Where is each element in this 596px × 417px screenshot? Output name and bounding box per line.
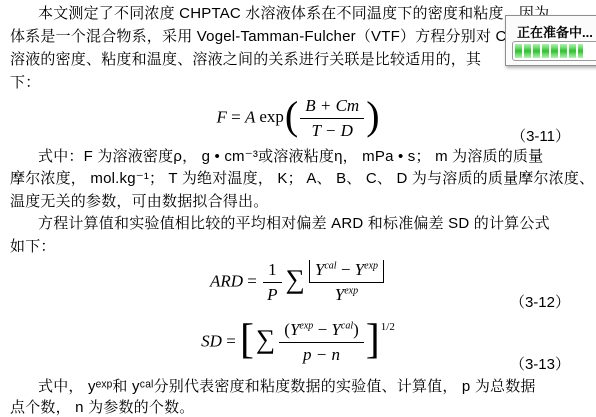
equation-sd: SD = [∑(Yexp − Ycal)p − n]1/2	[0, 320, 596, 365]
eq3-numerator: (Yexp − Ycal)	[279, 320, 363, 343]
progress-bar	[512, 41, 596, 61]
eq1-left-paren: (	[285, 93, 298, 138]
eq2-den-y: Y	[335, 285, 344, 304]
document-page: 本文测定了不同浓度 CHPTAC 水溶液体系在不同温度下的密度和粘度，因为 体系…	[0, 0, 596, 417]
eq3-power: 1/2	[381, 321, 395, 333]
preparing-progress-dialog: 正在准备中...	[505, 15, 596, 66]
eq2-num-y1: Y	[315, 260, 324, 279]
paragraph-line: 式中：F 为溶液密度ρ， g • cm⁻³或溶液粘度η， mPa • s； m …	[38, 147, 543, 166]
eq1-lhs: F	[216, 107, 226, 126]
eq1-func: exp	[259, 107, 284, 126]
eq3-num-y1: Y	[290, 320, 299, 339]
paragraph-line: 点个数， n 为参数的个数。	[10, 398, 194, 417]
eq2-numerator: Ycal − Yexp	[309, 260, 384, 283]
eq2-coefficient-fraction: 1P	[263, 260, 282, 305]
eq1-right-paren: )	[366, 93, 379, 138]
equation-ard: ARD = 1P∑Ycal − YexpYexp	[0, 260, 596, 305]
paragraph-line: 下：	[10, 73, 40, 92]
eq3-num-sup2: cal	[341, 320, 353, 331]
eq2-denominator: Yexp	[309, 283, 384, 305]
equation-number-3-13: （3-13）	[510, 353, 570, 374]
eq3-num-minus: −	[313, 320, 331, 339]
eq1-denominator: T − D	[300, 119, 364, 141]
eq3-left-bracket: [	[240, 317, 254, 363]
eq3-denominator: p − n	[279, 343, 363, 365]
summation-icon: ∑	[286, 264, 305, 294]
eq2-num-minus: −	[337, 260, 355, 279]
eq3-right-bracket: ]	[366, 317, 380, 363]
paragraph-line: 温度无关的参数，可由数据拟合得出。	[10, 192, 268, 211]
paragraph-line: 摩尔浓度， mol.kg⁻¹； T 为绝对温度， K； A、 B、 C、 D 为…	[10, 169, 594, 188]
paragraph-line: 式中， yᵉˣᵖ和 yᶜᵃˡ分别代表密度和粘度数据的实验值、计算值， p 为总数…	[38, 377, 536, 396]
paragraph-line: 如下：	[10, 237, 56, 256]
summation-icon: ∑	[256, 324, 275, 354]
eq2-den-sup: exp	[344, 285, 358, 296]
eq2-equals: =	[247, 271, 257, 290]
eq3-fraction: (Yexp − Ycal)p − n	[279, 320, 363, 365]
eq1-numerator: B + Cm	[300, 96, 364, 119]
paragraph-line: 溶液的密度、粘度和温度、溶液之间的关系进行关联是比较适用的，其	[10, 50, 481, 69]
eq3-num-close: )	[353, 320, 359, 339]
paragraph-line: 体系是一个混合物系，采用 Vogel-Tamman-Fulcher（VTF）方程…	[10, 27, 507, 46]
eq3-equals: =	[226, 331, 236, 350]
eq3-num-y2: Y	[331, 320, 340, 339]
equation-vtf: F = Aexp(B + CmT − D)	[0, 96, 596, 141]
equation-number-3-11: （3-11）	[511, 125, 570, 146]
progress-fill	[515, 44, 583, 58]
eq3-lhs: SD	[201, 331, 222, 350]
eq1-fraction: B + CmT − D	[300, 96, 364, 141]
eq3-num-sup1: exp	[299, 320, 313, 331]
eq1-coeff: A	[245, 107, 255, 126]
paragraph-line: 本文测定了不同浓度 CHPTAC 水溶液体系在不同温度下的密度和粘度，因为	[38, 4, 549, 23]
eq2-num-sup1: cal	[324, 260, 336, 271]
eq2-num-sup2: exp	[364, 260, 378, 271]
eq2-lhs: ARD	[210, 271, 243, 290]
eq2-coeff-den: P	[263, 283, 282, 305]
eq2-num-y2: Y	[355, 260, 364, 279]
paragraph-line: 方程计算值和实验值相比较的平均相对偏差 ARD 和标准偏差 SD 的计算公式	[38, 214, 550, 233]
eq2-coeff-num: 1	[263, 260, 282, 283]
equation-number-3-12: （3-12）	[510, 291, 570, 312]
eq2-main-fraction: Ycal − YexpYexp	[309, 260, 384, 305]
eq1-equals: =	[231, 107, 241, 126]
dialog-title: 正在准备中...	[517, 22, 593, 41]
